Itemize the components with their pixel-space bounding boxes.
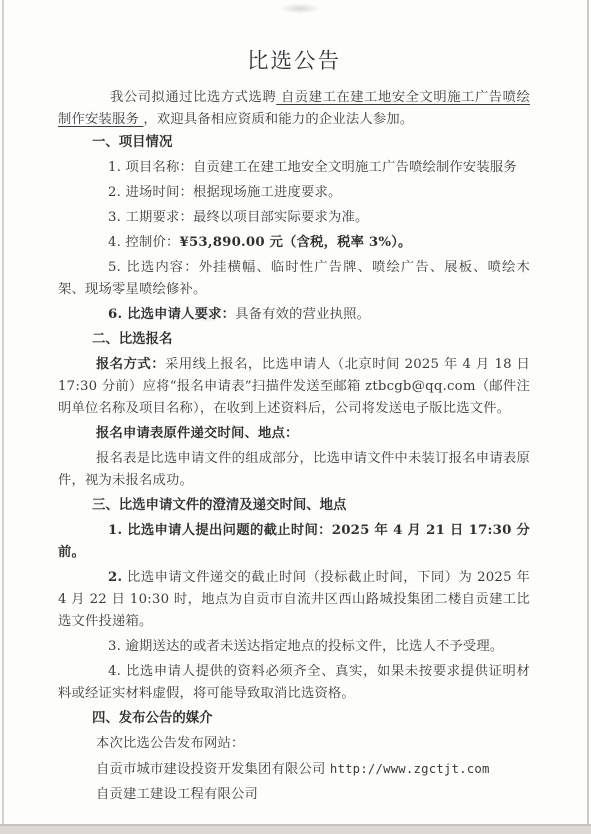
section-heading-registration: 二、比选报名 [92, 329, 530, 351]
item-schedule-requirement: 3. 工期要求：最终以项目部实际要求为准。 [58, 207, 530, 229]
group-company-name: 自贡市城市建设投资开发集团有限公司 [96, 762, 330, 777]
page-left-edge [2, 0, 4, 826]
item-material-authenticity: 4. 比选申请人提供的资料必须齐全、真实，如果未按要求提供证明材料或经证实材料虚… [58, 661, 530, 705]
submission-deadline-number: 2. [108, 570, 122, 585]
intro-pre-text: 我公司拟通过比选方式选聘 [110, 90, 276, 105]
scanned-document-page: 比选公告 我公司拟通过比选方式选聘 自贡建工在建工地安全文明施工广告喷绘制作安装… [0, 0, 591, 834]
form-submission-label: 报名申请表原件递交时间、地点： [96, 426, 298, 441]
registration-method-label: 报名方式： [96, 357, 165, 372]
section-heading-project-info: 一、项目情况 [92, 132, 530, 154]
intro-paragraph: 我公司拟通过比选方式选聘 自贡建工在建工地安全文明施工广告喷绘制作安装服务 ，欢… [58, 87, 530, 131]
submission-deadline-text: 比选申请文件递交的截止时间（投标截止时间，下同）为 2025 年 4 月 22 … [58, 570, 530, 629]
company-website-url: http://www.zgctjt.com [330, 762, 490, 776]
item-project-name: 1. 项目名称：自贡建工在建工地安全文明施工广告喷绘制作安装服务 [58, 157, 530, 179]
intro-post-text: ，欢迎具备相应资质和能力的企业法人参加。 [143, 112, 413, 127]
item-applicant-requirement: 6. 比选申请人要求：具备有效的营业执照。 [58, 304, 530, 326]
item-entry-time: 2. 进场时间：根据现场施工进度要求。 [58, 182, 530, 204]
control-price-value: ¥53,890.00 元（含税，税率 3%）。 [180, 235, 412, 250]
item-control-price: 4. 控制价：¥53,890.00 元（含税，税率 3%）。 [58, 232, 530, 254]
section-heading-clarification-submission: 三、比选申请文件的澄清及递交时间、地点 [92, 495, 530, 517]
para-registration-method: 报名方式：采用线上报名，比选申请人（北京时间 2025 年 4 月 18 日 1… [58, 354, 530, 420]
item-selection-content: 5. 比选内容：外挂横幅、临时性广告牌、喷绘广告、展板、喷绘木架、现场零星喷绘修… [58, 257, 530, 301]
page-right-edge [587, 0, 589, 826]
para-form-binding-note: 报名表是比选申请文件的组成部分，比选申请文件中未装订报名申请表原件，视为未报名成… [58, 448, 530, 492]
document-content: 比选公告 我公司拟通过比选方式选聘 自贡建工在建工地安全文明施工广告喷绘制作安装… [58, 46, 530, 809]
scan-smudge [280, 3, 320, 14]
page-bottom-shadow [0, 824, 591, 834]
para-issuing-company-name: 自贡建工建设工程有限公司 [58, 784, 530, 806]
applicant-requirement-text: 具备有效的营业执照。 [235, 307, 370, 322]
item-submission-deadline: 2. 比选申请文件递交的截止时间（投标截止时间，下同）为 2025 年 4 月 … [58, 567, 530, 633]
para-group-company-website: 自贡市城市建设投资开发集团有限公司 http://www.zgctjt.com [58, 758, 530, 781]
para-form-submission-time-place: 报名申请表原件递交时间、地点： [58, 423, 530, 445]
applicant-requirement-label: 6. 比选申请人要求： [108, 307, 235, 322]
section-heading-announcement-media: 四、发布公告的媒介 [92, 708, 530, 730]
item-question-deadline: 1. 比选申请人提出问题的截止时间：2025 年 4 月 21 日 17:30 … [58, 520, 530, 564]
question-deadline-text: 1. 比选申请人提出问题的截止时间：2025 年 4 月 21 日 17:30 … [58, 523, 530, 560]
para-announcement-websites: 本次比选公告发布网站： [58, 733, 530, 755]
control-price-label: 4. 控制价： [108, 235, 180, 250]
document-title: 比选公告 [58, 46, 530, 78]
item-late-delivery: 3. 逾期送达的或者未送达指定地点的投标文件，比选人不予受理。 [58, 636, 530, 658]
